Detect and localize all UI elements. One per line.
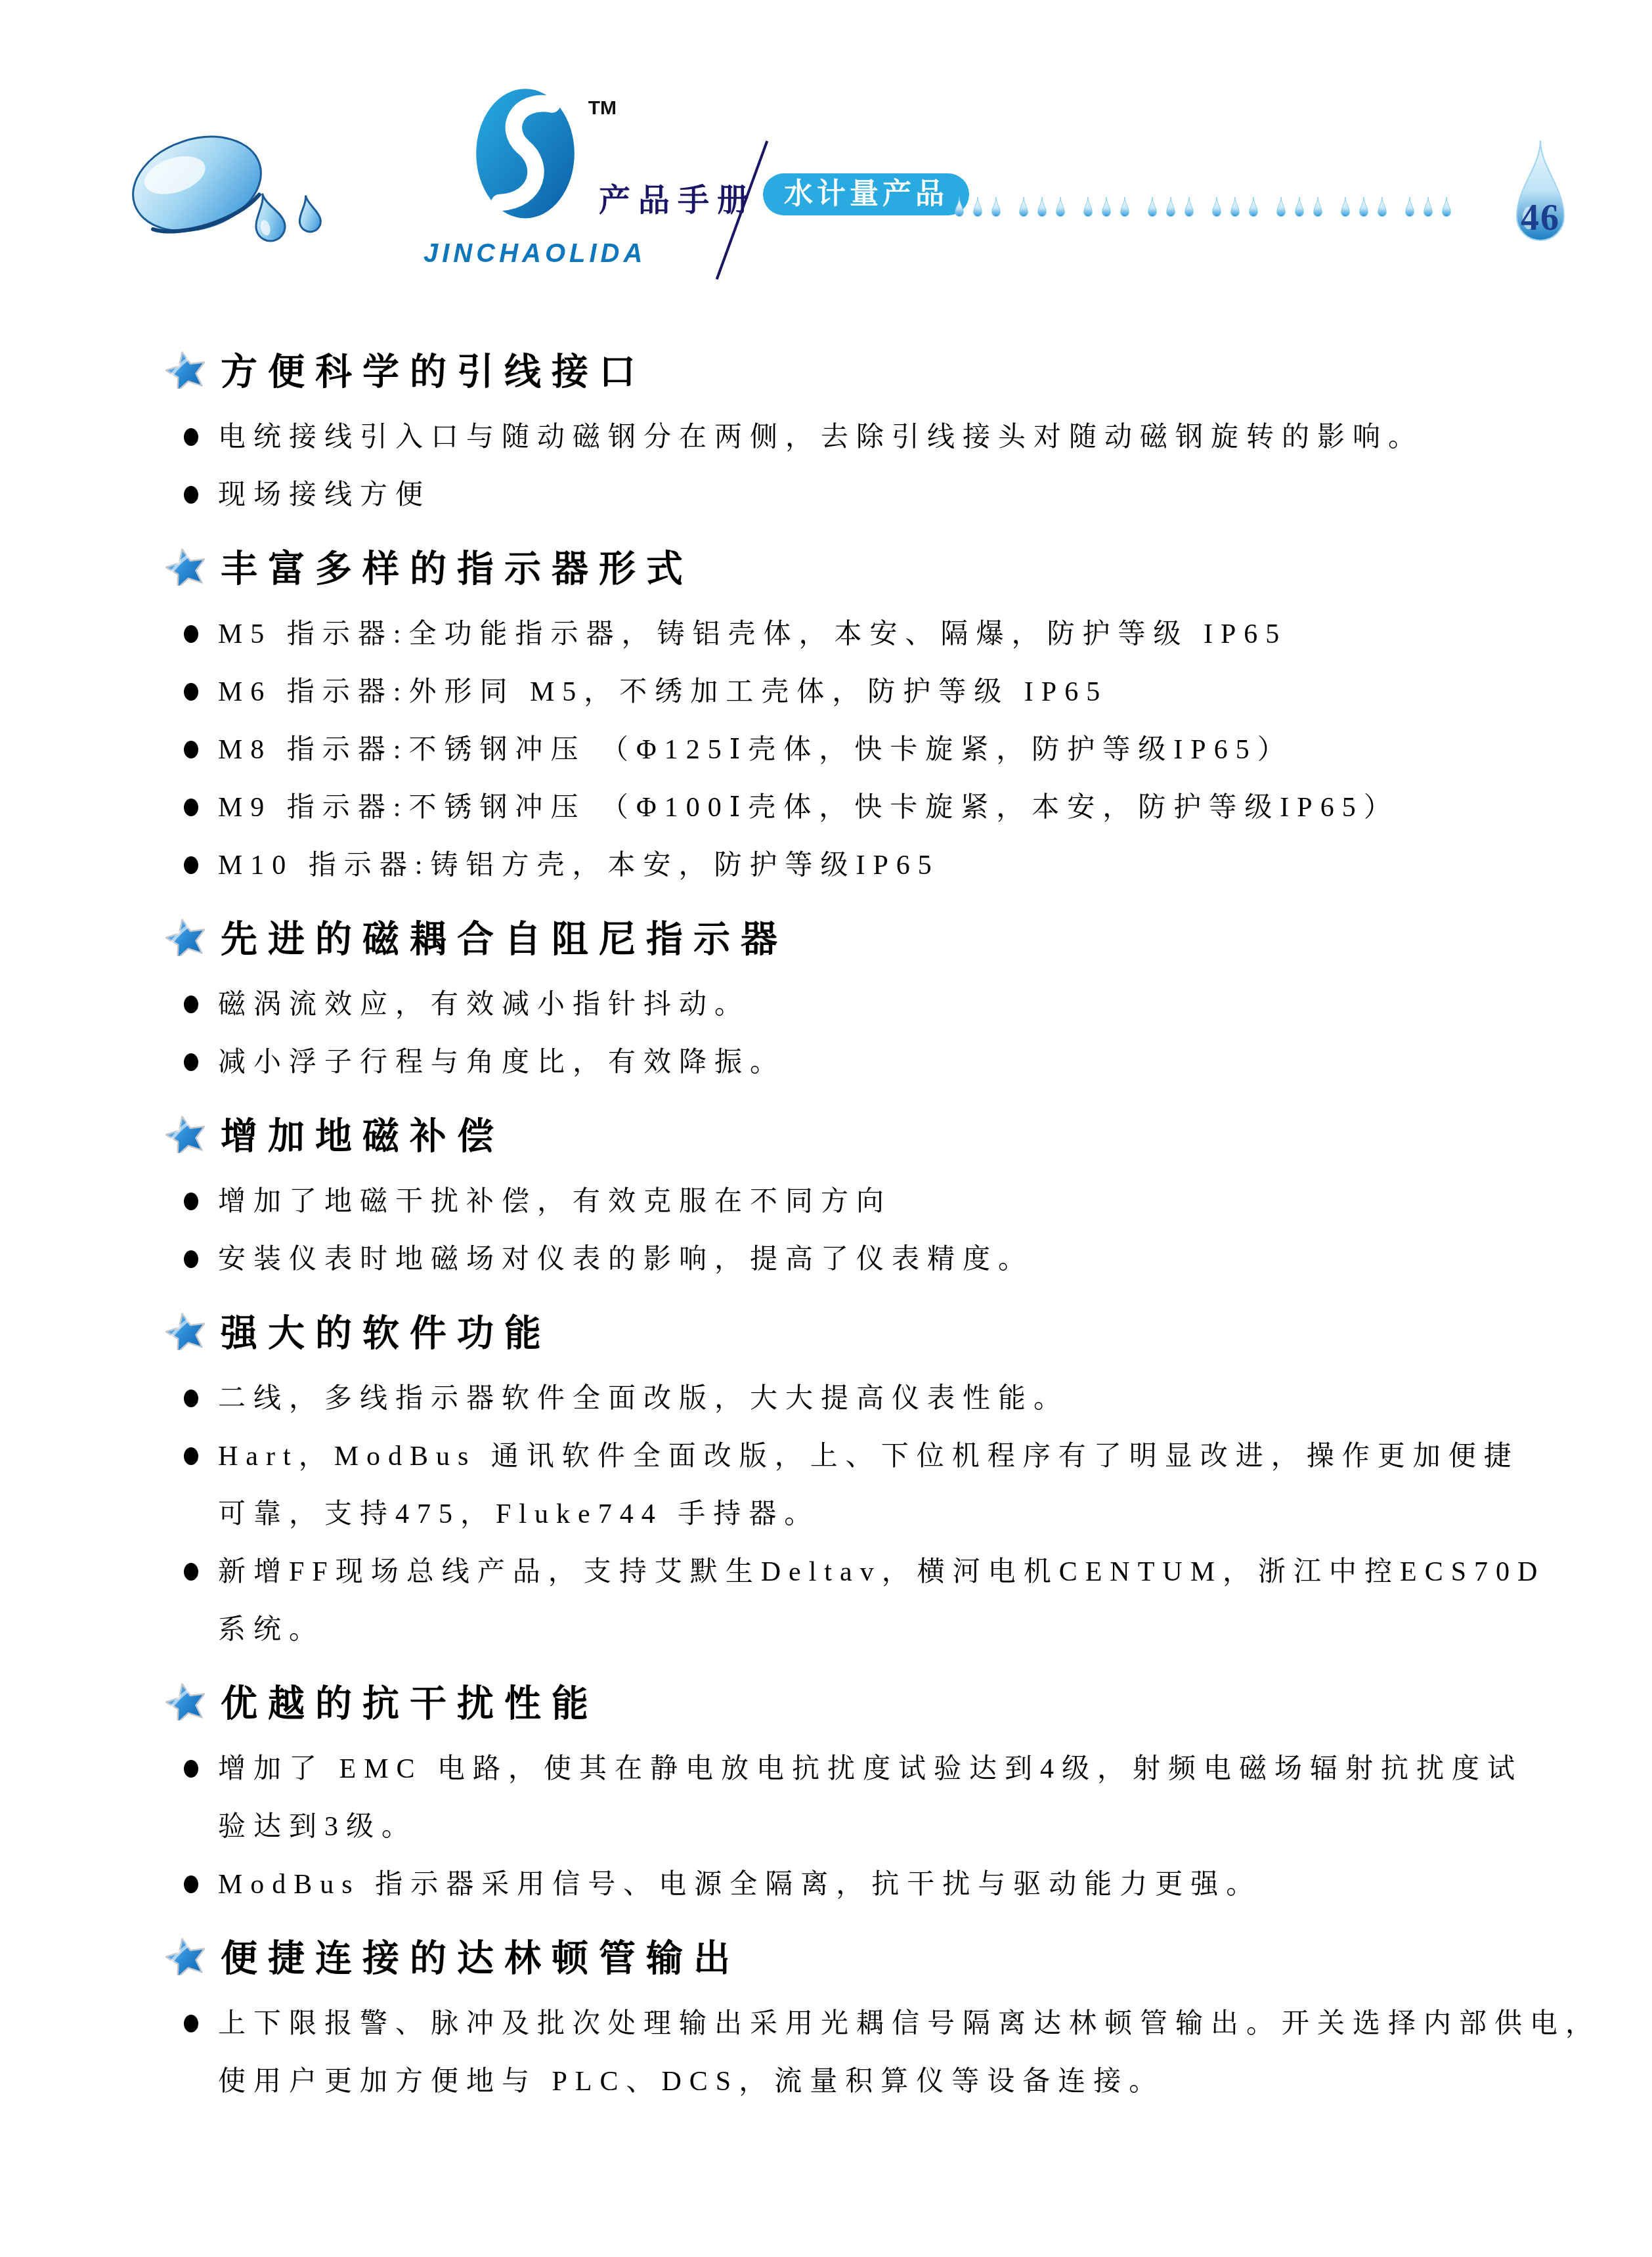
drop-row bbox=[953, 194, 1452, 222]
page-number: 46 bbox=[1508, 197, 1573, 239]
star-icon bbox=[165, 1682, 206, 1720]
section-heading: 增加地磁补偿 bbox=[165, 1110, 1652, 1157]
bullet-item: ModBus 指示器采用信号、电源全隔离，抗干扰与驱动能力更强。 bbox=[218, 1856, 1613, 1914]
bullet-item: M8 指示器:不锈钢冲压 （Φ125Ⅰ壳体，快卡旋紧，防护等级IP65） bbox=[218, 721, 1613, 779]
bullet-item: 安装仪表时地磁场对仪表的影响，提高了仪表精度。 bbox=[218, 1231, 1613, 1288]
bullet-item: 增加了 EMC 电路，使其在静电放电抗扰度试验达到4级，射频电磁场辐射抗扰度试 … bbox=[218, 1740, 1613, 1856]
bullet-list: 上下限报警、脉冲及批次处理输出采用光耦信号隔离达林顿管输出。开关选择内部供电， … bbox=[0, 1995, 1652, 2111]
drop-group bbox=[1146, 194, 1195, 222]
water-drop-icon bbox=[1275, 194, 1287, 222]
bullet-item: Hart，ModBus 通讯软件全面改版，上、下位机程序有了明显改进，操作更加便… bbox=[218, 1428, 1613, 1543]
category-badge: 水计量产品 bbox=[763, 173, 969, 215]
water-drop-icon bbox=[1422, 194, 1434, 222]
bullet-list: 增加了 EMC 电路，使其在静电放电抗扰度试验达到4级，射频电磁场辐射抗扰度试 … bbox=[0, 1740, 1652, 1914]
drop-group bbox=[1275, 194, 1324, 222]
bullet-item: M10 指示器:铸铝方壳，本安，防护等级IP65 bbox=[218, 837, 1613, 894]
section-heading: 方便科学的引线接口 bbox=[165, 345, 1652, 393]
drop-group bbox=[1339, 194, 1388, 222]
section-title: 方便科学的引线接口 bbox=[221, 343, 646, 395]
water-drop-icon bbox=[1119, 194, 1131, 222]
star-icon bbox=[165, 917, 206, 956]
feature-section: 先进的磁耦合自阻尼指示器 磁涡流效应，有效减小指针抖动。 减小浮子行程与角度比，… bbox=[0, 913, 1652, 1091]
section-title: 强大的软件功能 bbox=[221, 1304, 552, 1357]
bullet-item: M5 指示器:全功能指示器，铸铝壳体，本安、隔爆，防护等级 IP65 bbox=[218, 605, 1613, 663]
section-title: 丰富多样的指示器形式 bbox=[221, 540, 693, 592]
water-drop-icon bbox=[1248, 194, 1259, 222]
water-drop-icon bbox=[1054, 194, 1066, 222]
water-drop-icon bbox=[1293, 194, 1305, 222]
feature-section: 优越的抗干扰性能 增加了 EMC 电路，使其在静电放电抗扰度试验达到4级，射频电… bbox=[0, 1677, 1652, 1914]
bullet-list: 电统接线引入口与随动磁钢分在两侧，去除引线接头对随动磁钢旋转的影响。 现场接线方… bbox=[0, 408, 1652, 524]
section-title: 优越的抗干扰性能 bbox=[221, 1675, 599, 1727]
page-header: TM JINCHAOLIDA 产品手册 水计量产品 bbox=[0, 0, 1652, 309]
water-drop-icon bbox=[1404, 194, 1416, 222]
bullet-item: 减小浮子行程与角度比，有效降振。 bbox=[218, 1034, 1613, 1091]
section-heading: 便捷连接的达林顿管输出 bbox=[165, 1932, 1652, 1979]
star-icon bbox=[165, 547, 206, 586]
section-title: 增加地磁补偿 bbox=[221, 1107, 504, 1160]
trademark-symbol: TM bbox=[588, 97, 617, 120]
feature-section: 强大的软件功能 二线，多线指示器软件全面改版，大大提高仪表性能。 Hart，Mo… bbox=[0, 1307, 1652, 1659]
bullet-item: 新增FF现场总线产品，支持艾默生Deltav，横河电机CENTUM，浙江中控EC… bbox=[218, 1543, 1613, 1659]
water-drop-icon bbox=[1018, 194, 1030, 222]
section-heading: 优越的抗干扰性能 bbox=[165, 1677, 1652, 1724]
bullet-item: 增加了地磁干扰补偿，有效克服在不同方向 bbox=[218, 1173, 1613, 1231]
drop-group bbox=[953, 194, 1002, 222]
water-drop-icon bbox=[1082, 194, 1094, 222]
section-title: 先进的磁耦合自阻尼指示器 bbox=[221, 910, 788, 963]
bullet-item: 上下限报警、脉冲及批次处理输出采用光耦信号隔离达林顿管输出。开关选择内部供电， … bbox=[218, 1995, 1613, 2111]
bullet-list: 二线，多线指示器软件全面改版，大大提高仪表性能。 Hart，ModBus 通讯软… bbox=[0, 1370, 1652, 1659]
page-number-drop-icon: 46 bbox=[1508, 138, 1573, 256]
brand-wordmark: JINCHAOLIDA bbox=[424, 239, 627, 269]
water-drop-icon bbox=[1339, 194, 1351, 222]
water-drop-icon bbox=[1358, 194, 1370, 222]
section-title: 便捷连接的达林顿管输出 bbox=[221, 1929, 741, 1982]
bullet-list: 增加了地磁干扰补偿，有效克服在不同方向 安装仪表时地磁场对仪表的影响，提高了仪表… bbox=[0, 1173, 1652, 1288]
drop-group bbox=[1018, 194, 1066, 222]
brand-s-swirl-icon bbox=[469, 84, 581, 236]
bullet-item: 电统接线引入口与随动磁钢分在两侧，去除引线接头对随动磁钢旋转的影响。 bbox=[218, 408, 1613, 466]
bullet-item: 二线，多线指示器软件全面改版，大大提高仪表性能。 bbox=[218, 1370, 1613, 1428]
manual-title: 产品手册 bbox=[599, 175, 756, 220]
brand-logo: TM JINCHAOLIDA bbox=[424, 84, 627, 269]
water-drop-icon bbox=[1146, 194, 1158, 222]
feature-section: 丰富多样的指示器形式 M5 指示器:全功能指示器，铸铝壳体，本安、隔爆，防护等级… bbox=[0, 542, 1652, 894]
section-heading: 强大的软件功能 bbox=[165, 1307, 1652, 1354]
water-drop-icon bbox=[1183, 194, 1195, 222]
drop-group bbox=[1404, 194, 1452, 222]
manual-page: TM JINCHAOLIDA 产品手册 水计量产品 bbox=[0, 0, 1652, 2257]
water-drop-icon bbox=[1100, 194, 1112, 222]
bullet-item: 现场接线方便 bbox=[218, 466, 1613, 524]
feature-section: 方便科学的引线接口 电统接线引入口与随动磁钢分在两侧，去除引线接头对随动磁钢旋转… bbox=[0, 345, 1652, 524]
water-drop-icon bbox=[1229, 194, 1241, 222]
water-drop-icon bbox=[1312, 194, 1324, 222]
water-drop-icon bbox=[990, 194, 1002, 222]
water-drop-icon bbox=[1441, 194, 1452, 222]
content: 方便科学的引线接口 电统接线引入口与随动磁钢分在两侧，去除引线接头对随动磁钢旋转… bbox=[0, 309, 1652, 2111]
bullet-list: 磁涡流效应，有效减小指针抖动。 减小浮子行程与角度比，有效降振。 bbox=[0, 976, 1652, 1091]
water-drop-icon bbox=[1211, 194, 1223, 222]
star-icon bbox=[165, 1114, 206, 1153]
drop-group bbox=[1211, 194, 1259, 222]
feature-section: 便捷连接的达林顿管输出 上下限报警、脉冲及批次处理输出采用光耦信号隔离达林顿管输… bbox=[0, 1932, 1652, 2111]
water-drop-icon bbox=[1036, 194, 1048, 222]
star-icon bbox=[165, 350, 206, 389]
water-splash-icon bbox=[118, 121, 335, 266]
section-heading: 先进的磁耦合自阻尼指示器 bbox=[165, 913, 1652, 960]
star-icon bbox=[165, 1311, 206, 1350]
star-icon bbox=[165, 1937, 206, 1975]
section-heading: 丰富多样的指示器形式 bbox=[165, 542, 1652, 590]
water-drop-icon bbox=[1376, 194, 1388, 222]
drop-group bbox=[1082, 194, 1131, 222]
bullet-item: M9 指示器:不锈钢冲压 （Φ100Ⅰ壳体，快卡旋紧，本安，防护等级IP65） bbox=[218, 779, 1613, 837]
water-drop-icon bbox=[972, 194, 984, 222]
feature-section: 增加地磁补偿 增加了地磁干扰补偿，有效克服在不同方向 安装仪表时地磁场对仪表的影… bbox=[0, 1110, 1652, 1288]
bullet-item: M6 指示器:外形同 M5，不绣加工壳体，防护等级 IP65 bbox=[218, 663, 1613, 721]
bullet-list: M5 指示器:全功能指示器，铸铝壳体，本安、隔爆，防护等级 IP65 M6 指示… bbox=[0, 605, 1652, 894]
water-drop-icon bbox=[1165, 194, 1177, 222]
bullet-item: 磁涡流效应，有效减小指针抖动。 bbox=[218, 976, 1613, 1034]
water-drop-icon bbox=[953, 194, 965, 222]
